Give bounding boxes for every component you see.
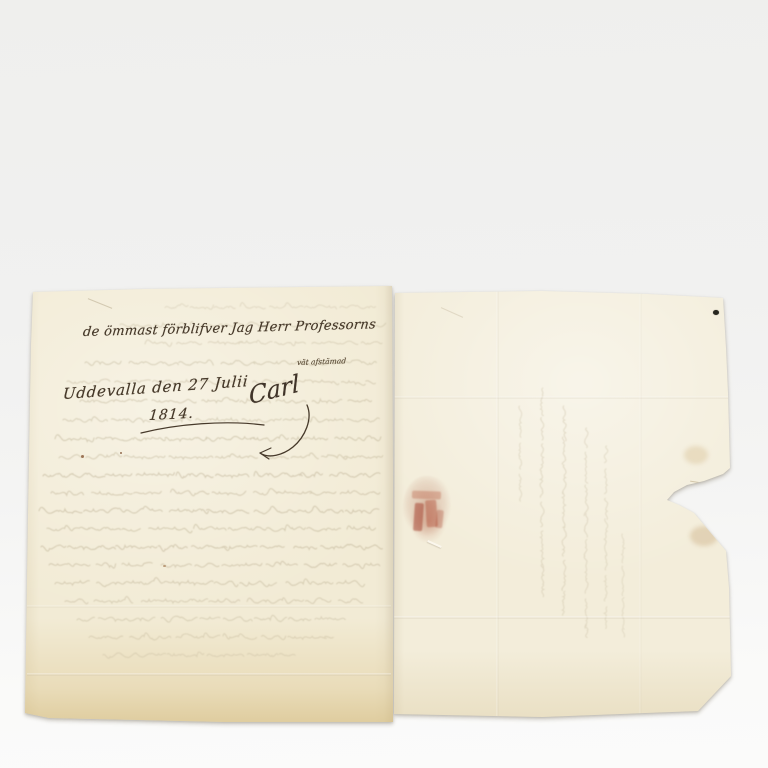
right-page-crease-upper [394, 396, 732, 399]
left-ghost-handwriting [25, 285, 393, 723]
right-page-crease-vertical-2 [639, 290, 642, 717]
handwritten-annotation: vät afstämad [297, 356, 347, 367]
ink-speck [81, 455, 84, 458]
letter-sheet: de ömmast förblifver Jag Herr Professorn… [0, 0, 768, 768]
right-page-crease-lower [394, 616, 732, 619]
wax-seal-remnant [403, 476, 455, 548]
paper-stain [684, 446, 708, 464]
right-page [392, 288, 734, 719]
left-page-crease-lower [27, 673, 391, 676]
ink-dot [713, 310, 719, 315]
left-page-crease-upper [27, 605, 391, 608]
right-page-crease-vertical [496, 290, 499, 717]
signature-flourish [247, 403, 331, 465]
ink-speck [120, 452, 122, 454]
left-page: de ömmast förblifver Jag Herr Professorn… [25, 285, 393, 723]
ink-speck [163, 565, 166, 567]
torn-notch [667, 476, 731, 554]
